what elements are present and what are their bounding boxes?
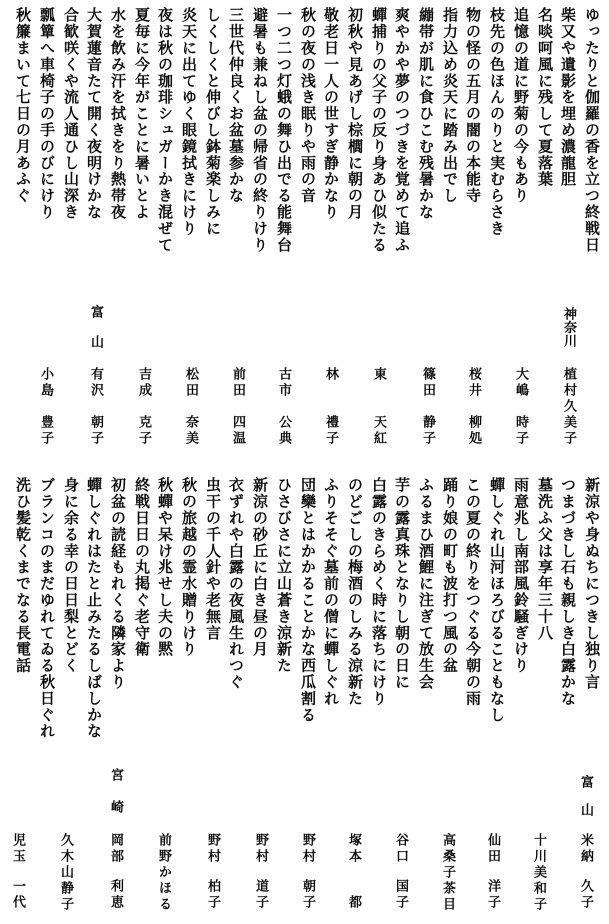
haiku-line: この夏の終りをつぐる今朝の雨	[463, 477, 483, 707]
author-given-name: 国子	[391, 879, 409, 911]
author-family-name: 谷口	[391, 833, 409, 865]
haiku-line: 虫干の千人針や老無言	[203, 477, 223, 641]
haiku-line: 雨意兆し南部風鈴騒ぎけり	[511, 477, 531, 674]
author-name: 仙田 洋子	[483, 833, 501, 911]
author-family-name: 野村	[298, 833, 316, 865]
haiku-line: 新涼や身ぬちにつきし独り言	[582, 477, 602, 690]
author-family-name: 児玉	[8, 833, 26, 865]
haiku-line: 終戦日日の丸掲ぐ老守衛	[132, 477, 152, 657]
author-name: 野村 道子	[251, 833, 269, 911]
author-prefecture: 宮崎	[106, 768, 124, 832]
author-family-name: 塚本	[344, 833, 362, 865]
haiku-line: ふるまひ酒鯉に注ぎて放生会	[416, 477, 436, 690]
haiku-line: つまづきし石も親しき白露かな	[558, 477, 578, 707]
haiku-line: 身に余る幸の日日梨とどく	[61, 477, 81, 674]
author-given-name: 朝子	[298, 879, 316, 911]
haiku-line: ブランコのまだゆれてゐる秋日ぐれ	[37, 477, 57, 739]
haiku-line: 初盆の読経もれくる隣家より	[108, 477, 128, 690]
author-given-name: 柏子	[203, 879, 221, 911]
author-given-name: 子茶目	[438, 865, 456, 913]
author-family-name: 仙田	[483, 833, 501, 865]
author-given-name: 一代	[8, 879, 26, 911]
author-given-name: 都	[344, 895, 362, 911]
haiku-line: ひさびさに立山蒼き涼新た	[274, 477, 294, 674]
author-family-name: 十川	[529, 833, 547, 865]
author-given-name: 美和子	[529, 865, 547, 913]
author-name: 久木山 静子	[56, 833, 74, 911]
author-given-name: かほる	[154, 865, 172, 913]
author-name: 児玉 一代	[8, 833, 26, 911]
author-given-name: 洋子	[483, 879, 501, 911]
haiku-line: 洗ひ髪乾くまでなる長電話	[13, 477, 33, 674]
author-name: 野村 柏子	[203, 833, 221, 911]
haiku-line: 蟬しぐれ山河ほろびることもなし	[487, 477, 507, 723]
author-family-name: 前野	[154, 833, 172, 865]
haiku-line: 秋の旅越の霊水贈りけり	[179, 477, 199, 657]
haiku-line: 白露のきらめく時に落ちにけり	[369, 477, 389, 707]
author-name: 米納 久子	[576, 833, 594, 911]
author-family-name: 久木山	[56, 833, 74, 881]
haiku-line: ふりそそぐ墓前の僧に蟬しぐれ	[321, 477, 341, 707]
author-name: 十川 美和子	[529, 833, 547, 911]
haiku-line: 秋蟬や呆け兆せし夫の黙	[155, 477, 175, 657]
haiku-line: 芋の露真珠となりし朝の日に	[392, 477, 412, 690]
haiku-line: のどごしの梅酒のしみる涼新た	[345, 477, 365, 707]
author-name: 野村 朝子	[298, 833, 316, 911]
haiku-line: 衣ずれや白露の夜風生れつぐ	[226, 477, 246, 690]
author-family-name: 岡部	[106, 833, 124, 865]
author-family-name: 野村	[251, 833, 269, 865]
bottom-haiku-section: 新涼や身ぬちにつきし独り言 つまづきし石も親しき白露かな 墓洗ふ父は享年三十八 …	[0, 0, 609, 924]
author-name: 谷口 国子	[391, 833, 409, 911]
haiku-line: 墓洗ふ父は享年三十八	[535, 477, 555, 641]
author-given-name: 静子	[56, 881, 74, 913]
haiku-line: 新涼の砂丘に白き昼の月	[250, 477, 270, 657]
author-given-name: 利恵	[106, 879, 124, 911]
author-given-name: 久子	[576, 879, 594, 911]
haiku-line: 踊り娘の町も波打つ風の盆	[440, 477, 460, 674]
author-name: 岡部 利恵	[106, 833, 124, 911]
author-family-name: 米納	[576, 833, 594, 865]
author-family-name: 野村	[203, 833, 221, 865]
haiku-line: 団欒とはかかることかな西瓜割る	[298, 477, 318, 723]
author-name: 塚本 都	[344, 833, 362, 911]
author-name: 高桑 子茶目	[438, 833, 456, 911]
author-prefecture: 富山	[576, 775, 594, 831]
author-name: 前野 かほる	[154, 833, 172, 911]
haiku-line: 蟬しぐれはたと止みたるしばしかな	[84, 477, 104, 739]
author-given-name: 道子	[251, 879, 269, 911]
author-family-name: 高桑	[438, 833, 456, 865]
